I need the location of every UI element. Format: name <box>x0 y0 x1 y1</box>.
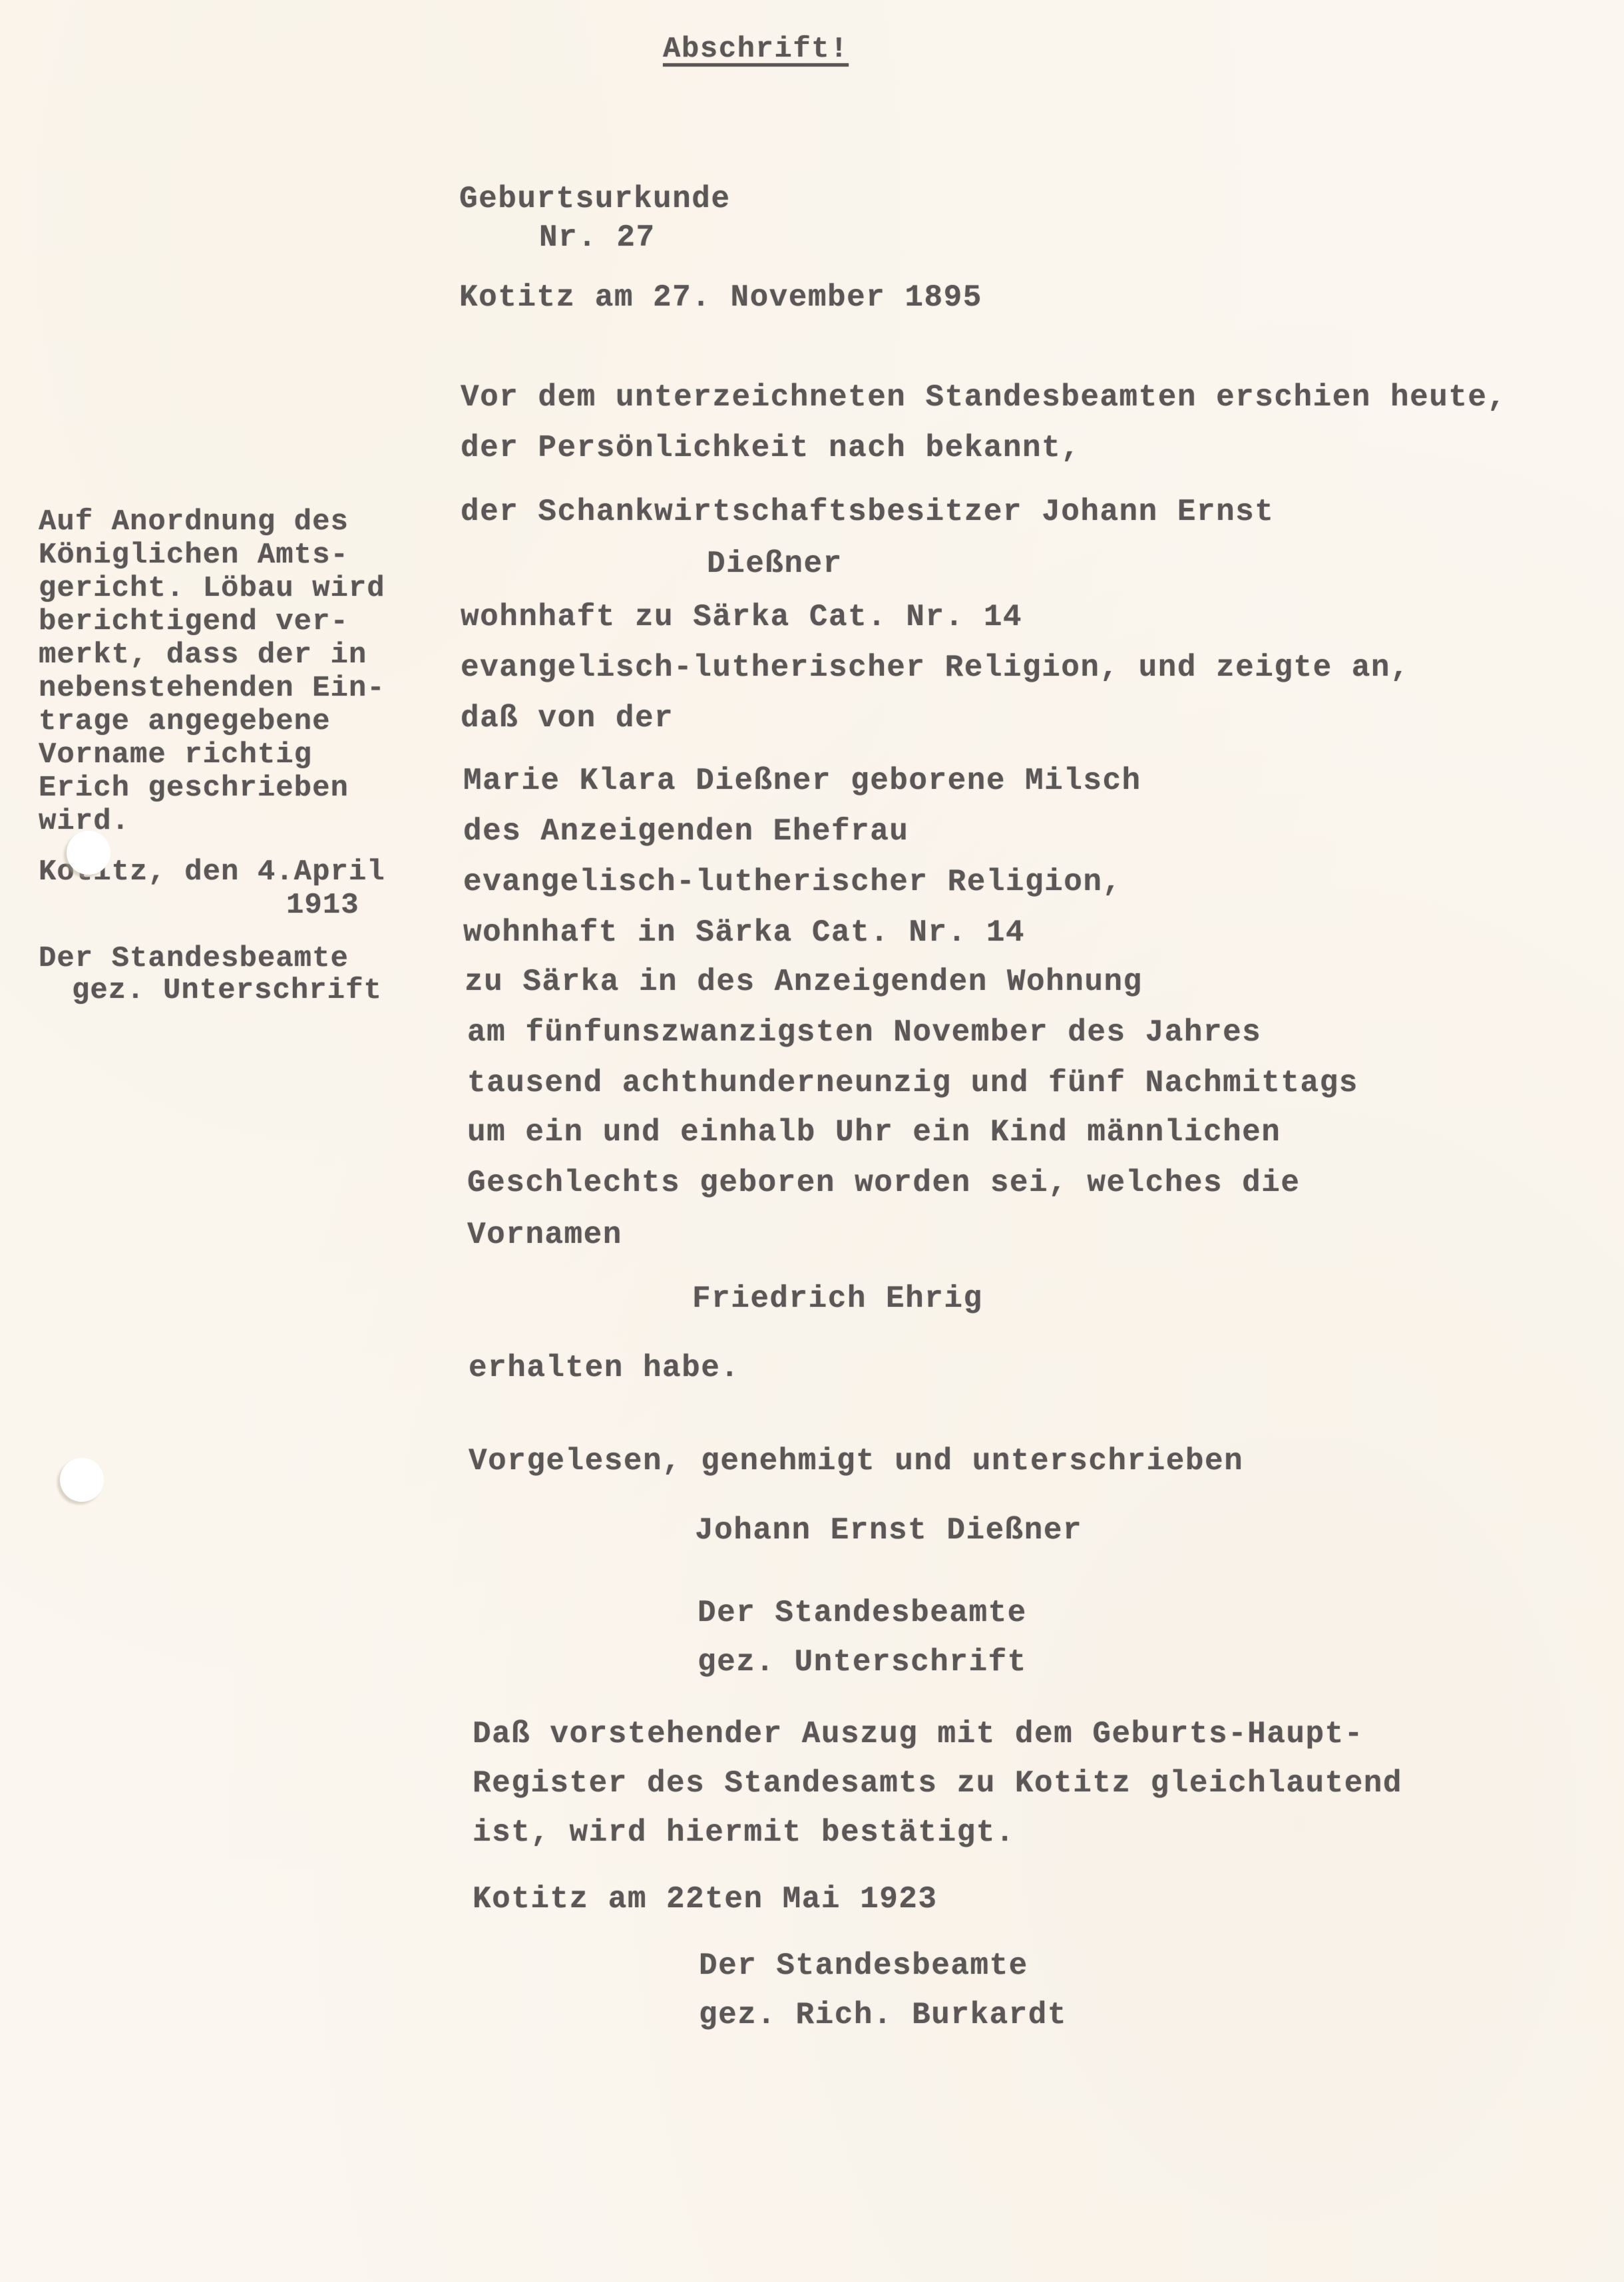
body-line: am fünfunszwanzigsten November des Jahre… <box>467 1017 1261 1048</box>
certification-line: Register des Standesamts zu Kotitz gleic… <box>473 1768 1402 1799</box>
body-line: daß von der <box>461 703 674 734</box>
margin-note-line: Vorname richtig <box>39 740 312 770</box>
doc-type: Geburtsurkunde <box>459 184 730 214</box>
margin-note-line: Königlichen Amts- <box>39 541 349 570</box>
certification-official-title: Der Standesbeamte <box>699 1950 1028 1981</box>
doc-number: Nr. 27 <box>539 222 656 253</box>
certification-place-date: Kotitz am 22ten Mai 1923 <box>473 1884 938 1915</box>
document-title: Abschrift! <box>663 35 849 64</box>
margin-note-official-signature: gez. Unterschrift <box>72 976 382 1005</box>
body-line-surname: Dießner <box>707 549 843 579</box>
margin-note-line: merkt, dass der in <box>39 640 367 670</box>
body-line: evangelisch-lutherischer Religion, und z… <box>461 652 1410 683</box>
child-name: Friedrich Ehrig <box>692 1283 983 1314</box>
margin-note-line: berichtigend ver- <box>39 607 349 636</box>
body-line: wohnhaft in Särka Cat. Nr. 14 <box>463 917 1025 948</box>
body-line: tausend achthunderneunzig und fünf Nachm… <box>467 1068 1358 1098</box>
body-line: der Persönlichkeit nach bekannt, <box>461 433 1080 463</box>
punch-hole <box>67 831 110 875</box>
read-approved-line: Vorgelesen, genehmigt und unterschrieben <box>469 1446 1243 1477</box>
body-line: um ein und einhalb Uhr ein Kind männlich… <box>467 1117 1281 1148</box>
body-line: zu Särka in des Anzeigenden Wohnung <box>465 967 1143 997</box>
punch-hole <box>60 1458 104 1502</box>
margin-note-line: Auf Anordnung des <box>39 507 349 537</box>
body-line: erhalten habe. <box>469 1353 739 1383</box>
margin-note-line: gericht. Löbau wird <box>39 574 385 603</box>
certification-line: ist, wird hiermit bestätigt. <box>473 1817 1015 1848</box>
informant-signature: Johann Ernst Dießner <box>695 1515 1082 1546</box>
body-line: der Schankwirtschaftsbesitzer Johann Ern… <box>461 497 1274 527</box>
official-title: Der Standesbeamte <box>698 1598 1027 1628</box>
margin-note-line: trage angegebene <box>39 707 330 736</box>
body-line: Geschlechts geboren worden sei, welches … <box>467 1168 1301 1198</box>
official-signature: gez. Unterschrift <box>698 1647 1027 1678</box>
margin-note-year: 1913 <box>286 891 359 920</box>
body-line: evangelisch-lutherischer Religion, <box>463 867 1122 897</box>
margin-note-official-title: Der Standesbeamte <box>39 944 349 973</box>
body-line: des Anzeigenden Ehefrau <box>463 816 909 847</box>
margin-note-line: nebenstehenden Ein- <box>39 674 385 703</box>
header-place-date: Kotitz am 27. November 1895 <box>459 282 982 313</box>
margin-note-line: Erich geschrieben <box>39 774 349 803</box>
certification-line: Daß vorstehender Auszug mit dem Geburts-… <box>473 1719 1364 1749</box>
body-line-mother: Marie Klara Dießner geborene Milsch <box>463 766 1141 796</box>
body-line: Vornamen <box>467 1220 622 1250</box>
body-line: Vor dem unterzeichneten Standesbeamten e… <box>461 382 1507 413</box>
certification-official-signature: gez. Rich. Burkardt <box>699 2000 1067 2030</box>
body-line: wohnhaft zu Särka Cat. Nr. 14 <box>461 602 1022 632</box>
